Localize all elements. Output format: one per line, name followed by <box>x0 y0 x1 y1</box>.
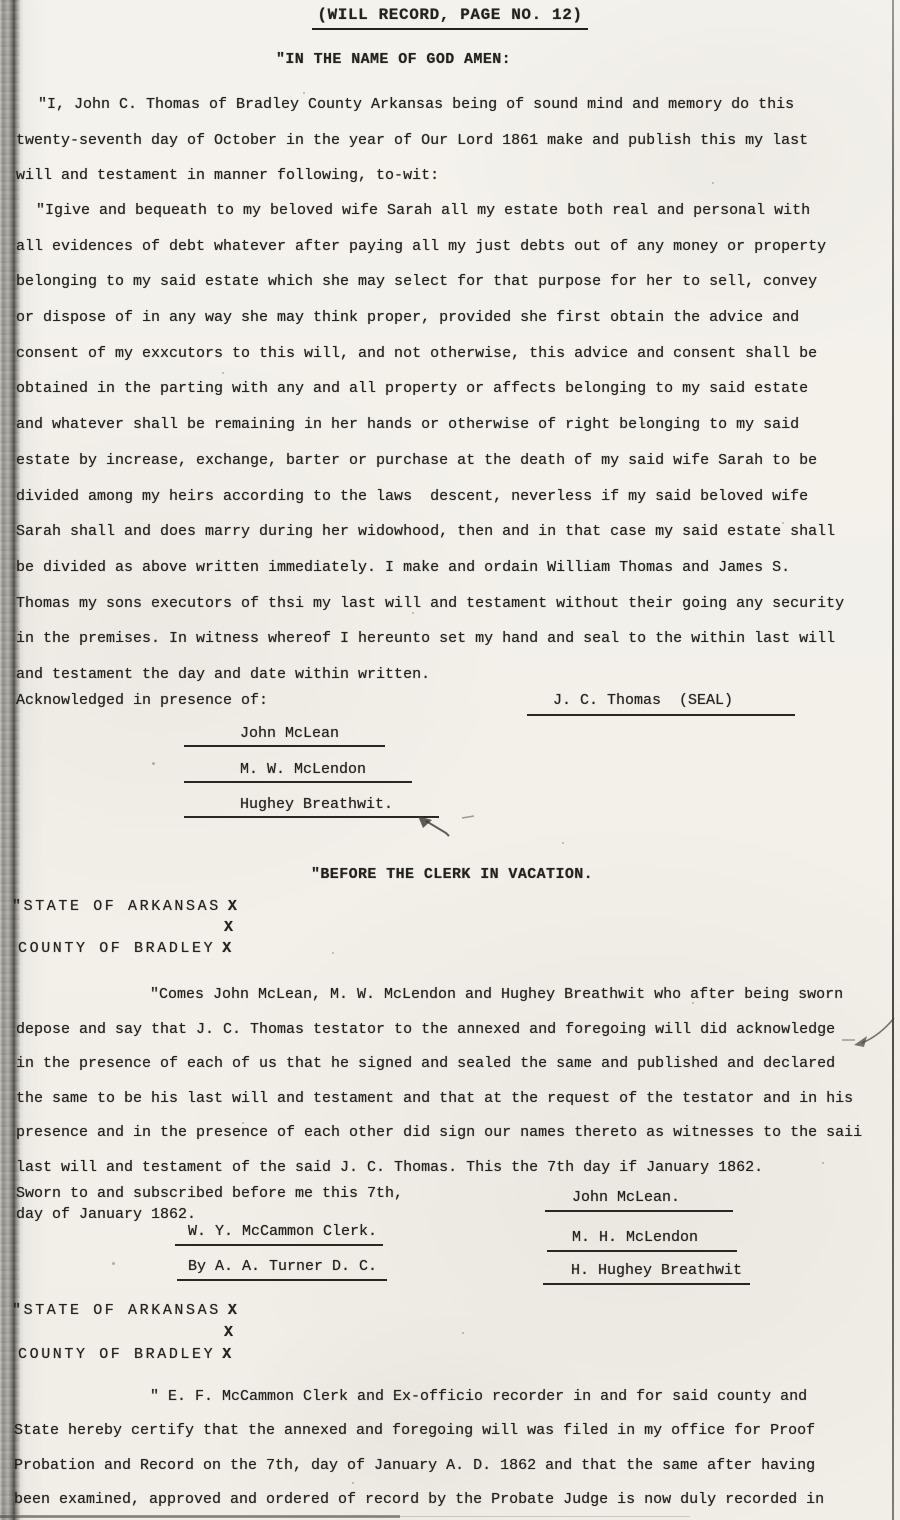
ink-speck <box>332 952 334 954</box>
right-scan-edge-line <box>892 0 894 1520</box>
text-line: estate by increase, exchange, barter or … <box>16 443 892 479</box>
ink-speck <box>692 1002 694 1004</box>
text-line: in the premises. In witness whereof I he… <box>16 621 892 657</box>
will-body-paragraph: "Igive and bequeath to my beloved wife S… <box>16 193 892 693</box>
ink-speck <box>122 142 124 144</box>
witness-signature: John McLean <box>184 724 385 747</box>
text-line: been examined, approved and ordered of r… <box>14 1483 894 1517</box>
brace-glyph: X <box>224 919 233 936</box>
ink-speck <box>522 242 525 245</box>
text-line: be divided as above written immediately.… <box>16 550 892 586</box>
pen-mark-scribble <box>840 1014 898 1054</box>
deposition-paragraph: "Comes John McLean, M. W. McLendon and H… <box>16 978 894 1185</box>
text-line: belonging to my said estate which she ma… <box>16 264 892 300</box>
text-line: Thomas my sons executors of thsi my last… <box>16 586 892 622</box>
venue-state-label: "STATE OF ARKANSAS <box>12 898 221 915</box>
text-line: Sarah shall and does marry during her wi… <box>16 514 892 550</box>
text-line: Probation and Record on the 7th, day of … <box>14 1449 894 1483</box>
recording-certificate-paragraph: " E. F. McCammon Clerk and Ex-officio re… <box>14 1380 894 1518</box>
clerk-vacation-heading: "BEFORE THE CLERK IN VACATION. <box>311 866 593 883</box>
venue-brace-row: X <box>12 917 237 938</box>
ink-speck <box>642 422 645 425</box>
text-line: "Igive and bequeath to my beloved wife S… <box>16 193 892 229</box>
brace-glyph: X <box>228 1302 237 1319</box>
text-line: twenty-seventh day of October in the yea… <box>16 123 892 159</box>
text-line: in the presence of each of us that he si… <box>16 1047 894 1082</box>
witness-signature: M. H. McLendon <box>547 1228 737 1252</box>
venue-county-label: COUNTY OF BRADLEY <box>18 1346 215 1363</box>
brace-glyph: X <box>228 898 237 915</box>
pen-mark-arrow <box>414 812 478 840</box>
text-line: " E. F. McCammon Clerk and Ex-officio re… <box>14 1380 894 1414</box>
ink-speck <box>712 182 714 184</box>
text-line: will and testament in manner following, … <box>16 158 892 194</box>
ink-speck <box>602 1432 604 1434</box>
venue-block-1: "STATE OF ARKANSASX X COUNTY OF BRADLEYX <box>12 896 237 959</box>
ink-speck <box>112 1262 115 1265</box>
text-line: or dispose of in any way she may think p… <box>16 300 892 336</box>
venue-state-row: "STATE OF ARKANSASX <box>12 896 237 917</box>
witness-signature: M. W. McLendon <box>184 760 412 783</box>
brace-glyph: X <box>222 1346 231 1363</box>
witness-signature: John McLean. <box>545 1188 733 1212</box>
venue-brace-row: X <box>12 1322 237 1344</box>
venue-state-label: "STATE OF ARKANSAS <box>12 1302 221 1319</box>
ink-speck <box>303 92 305 94</box>
sworn-statement: Sworn to and subscribed before me this 7… <box>16 1184 403 1225</box>
text-line: "Comes John McLean, M. W. McLendon and H… <box>16 978 894 1013</box>
ink-speck <box>92 562 94 564</box>
page-title: (WILL RECORD, PAGE NO. 12) <box>312 6 587 30</box>
witness-signature: Hughey Breathwit. <box>184 795 439 818</box>
text-line: divided among my heirs according to the … <box>16 479 892 515</box>
text-line: "I, John C. Thomas of Bradley County Ark… <box>16 87 892 123</box>
ink-speck <box>222 372 224 374</box>
venue-county-label: COUNTY OF BRADLEY <box>18 940 215 957</box>
deputy-clerk-signature: By A. A. Turner D. C. <box>177 1257 387 1281</box>
scanned-will-record-page: { "document": { "header": { "title": "(W… <box>0 0 900 1520</box>
text-line: State hereby certify that the annexed an… <box>14 1414 894 1448</box>
text-line: all evidences of debt whatever after pay… <box>16 229 892 265</box>
acknowledgment-label: Acknowledged in presence of: <box>16 692 268 709</box>
invocation-heading: "IN THE NAME OF GOD AMEN: <box>276 51 511 68</box>
venue-block-2: "STATE OF ARKANSASX X COUNTY OF BRADLEYX <box>12 1300 237 1366</box>
text-line: consent of my exxcutors to this will, an… <box>16 336 892 372</box>
ink-speck <box>152 762 155 765</box>
venue-county-row: COUNTY OF BRADLEYX <box>12 1344 237 1366</box>
text-line: and testament the day and date within wr… <box>16 657 892 693</box>
ink-speck <box>412 612 414 614</box>
brace-glyph: X <box>224 1324 233 1341</box>
ink-speck <box>822 1162 824 1164</box>
ink-speck <box>562 842 564 844</box>
ink-speck <box>782 522 784 524</box>
text-line: presence and in the presence of each oth… <box>16 1116 894 1151</box>
ink-speck <box>242 1122 244 1124</box>
text-line: the same to be his last will and testame… <box>16 1082 894 1117</box>
text-line: last will and testament of the said J. C… <box>16 1151 894 1186</box>
text-line: obtained in the parting with any and all… <box>16 371 892 407</box>
witness-signature: H. Hughey Breathwit <box>543 1261 750 1285</box>
text-line: depose and say that J. C. Thomas testato… <box>16 1013 894 1048</box>
ink-speck <box>762 1392 764 1394</box>
witness-signature-list: John McLeanM. W. McLendonHughey Breathwi… <box>0 724 439 831</box>
brace-glyph: X <box>222 940 231 957</box>
ink-speck <box>352 1482 354 1484</box>
venue-county-row: COUNTY OF BRADLEYX <box>12 938 237 959</box>
page-title-row: (WILL RECORD, PAGE NO. 12) <box>0 6 900 30</box>
ink-speck <box>462 1332 464 1334</box>
venue-state-row: "STATE OF ARKANSASX <box>12 1300 237 1322</box>
testator-signature: J. C. Thomas (SEAL) <box>527 691 795 716</box>
text-line: and whatever shall be remaining in her h… <box>16 407 892 443</box>
will-opening-paragraph: "I, John C. Thomas of Bradley County Ark… <box>16 87 892 194</box>
clerk-signature: W. Y. McCammon Clerk. <box>175 1222 383 1246</box>
sworn-statement-line: Sworn to and subscribed before me this 7… <box>16 1184 403 1205</box>
